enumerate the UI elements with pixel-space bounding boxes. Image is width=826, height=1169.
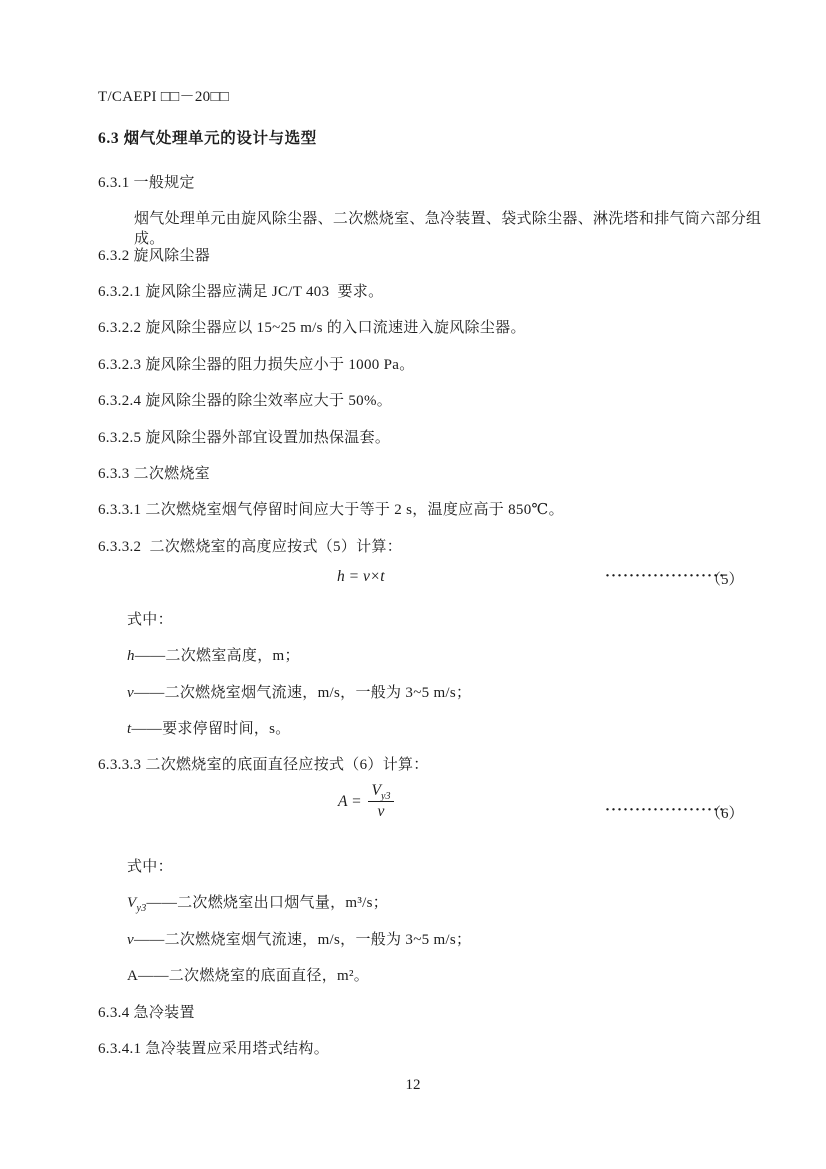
definition-v2-text: ——二次燃烧室烟气流速，m/s，一般为 3~5 m/s；	[134, 932, 471, 948]
clause-6-3-2-1: 6.3.2.1 旋风除尘器应满足 JC/T 403 要求。	[98, 282, 383, 302]
clause-6-3-2-5: 6.3.2.5 旋风除尘器外部宜设置加热保温套。	[98, 428, 390, 448]
symbol-vy3-subscript: y3	[136, 903, 146, 914]
clause-6-3-2-2: 6.3.2.2 旋风除尘器应以 15~25 m/s 的入口流速进入旋风除尘器。	[98, 318, 526, 338]
clause-6-3-2-3: 6.3.2.3 旋风除尘器的阻力损失应小于 1000 Pa。	[98, 355, 415, 375]
where-label-6: 式中：	[127, 857, 173, 877]
definition-t: t——要求停留时间，s。	[127, 719, 291, 739]
symbol-a: A	[127, 968, 138, 984]
where-label-5: 式中：	[127, 610, 173, 630]
clause-6-3-3-2: 6.3.3.2 二次燃烧室的高度应按式（5）计算：	[98, 537, 402, 557]
document-page: T/CAEPI □□－20□□ 6.3 烟气处理单元的设计与选型 6.3.1 一…	[0, 0, 826, 1169]
definition-vy3-text: ——二次燃烧室出口烟气量，m³/s；	[147, 895, 389, 911]
definition-a: A——二次燃烧室的底面直径，m²。	[127, 966, 369, 986]
formula-6-expression: A = Vy3 v	[338, 782, 394, 821]
clause-6-3-3: 6.3.3 二次燃烧室	[98, 464, 210, 484]
formula-5-number: （5）	[706, 568, 744, 589]
formula-6: A = Vy3 v ···················· （6）	[0, 782, 826, 844]
definition-a-text: ——二次燃烧室的底面直径，m²。	[138, 968, 369, 984]
clause-6-3-3-3: 6.3.3.3 二次燃烧室的底面直径应按式（6）计算：	[98, 755, 429, 775]
clause-6-3-4-1: 6.3.4.1 急冷装置应采用塔式结构。	[98, 1039, 329, 1059]
formula-5-expression: h = v×t	[337, 568, 385, 586]
formula-5: h = v×t ···················· （5）	[0, 568, 826, 590]
definition-t-text: ——要求停留时间，s。	[131, 721, 290, 737]
page-number: 12	[0, 1077, 826, 1094]
clause-6-3-3-1: 6.3.3.1 二次燃烧室烟气停留时间应大于等于 2 s，温度应高于 850℃。	[98, 500, 564, 520]
definition-vy3: Vy3——二次燃烧室出口烟气量，m³/s；	[127, 893, 388, 913]
symbol-h: h	[127, 648, 135, 664]
definition-h-text: ——二次燃室高度，m；	[135, 648, 300, 664]
numerator-base: V	[372, 782, 381, 799]
formula-6-number: （6）	[706, 802, 744, 823]
symbol-v2: v	[127, 932, 134, 948]
clause-6-3-1: 6.3.1 一般规定	[98, 173, 195, 193]
formula-6-lhs: A =	[338, 793, 362, 811]
symbol-v: v	[127, 685, 134, 701]
formula-6-numerator: Vy3	[368, 782, 395, 802]
formula-6-fraction: Vy3 v	[368, 782, 395, 821]
definition-v2: v——二次燃烧室烟气流速，m/s，一般为 3~5 m/s；	[127, 930, 471, 950]
intro-paragraph: 烟气处理单元由旋风除尘器、二次燃烧室、急冷装置、袋式除尘器、淋洗塔和排气筒六部分…	[134, 209, 774, 249]
document-header: T/CAEPI □□－20□□	[98, 87, 229, 107]
definition-v-text: ——二次燃烧室烟气流速，m/s，一般为 3~5 m/s；	[134, 685, 471, 701]
clause-6-3-2-4: 6.3.2.4 旋风除尘器的除尘效率应大于 50%。	[98, 391, 392, 411]
clause-6-3-2: 6.3.2 旋风除尘器	[98, 246, 210, 266]
clause-6-3-4: 6.3.4 急冷装置	[98, 1003, 195, 1023]
definition-v: v——二次燃烧室烟气流速，m/s，一般为 3~5 m/s；	[127, 683, 471, 703]
symbol-vy3: Vy3	[127, 895, 147, 911]
definition-h: h——二次燃室高度，m；	[127, 646, 300, 666]
formula-6-denominator: v	[368, 802, 395, 821]
section-heading-6-3: 6.3 烟气处理单元的设计与选型	[98, 129, 317, 149]
numerator-subscript: y3	[381, 791, 390, 802]
